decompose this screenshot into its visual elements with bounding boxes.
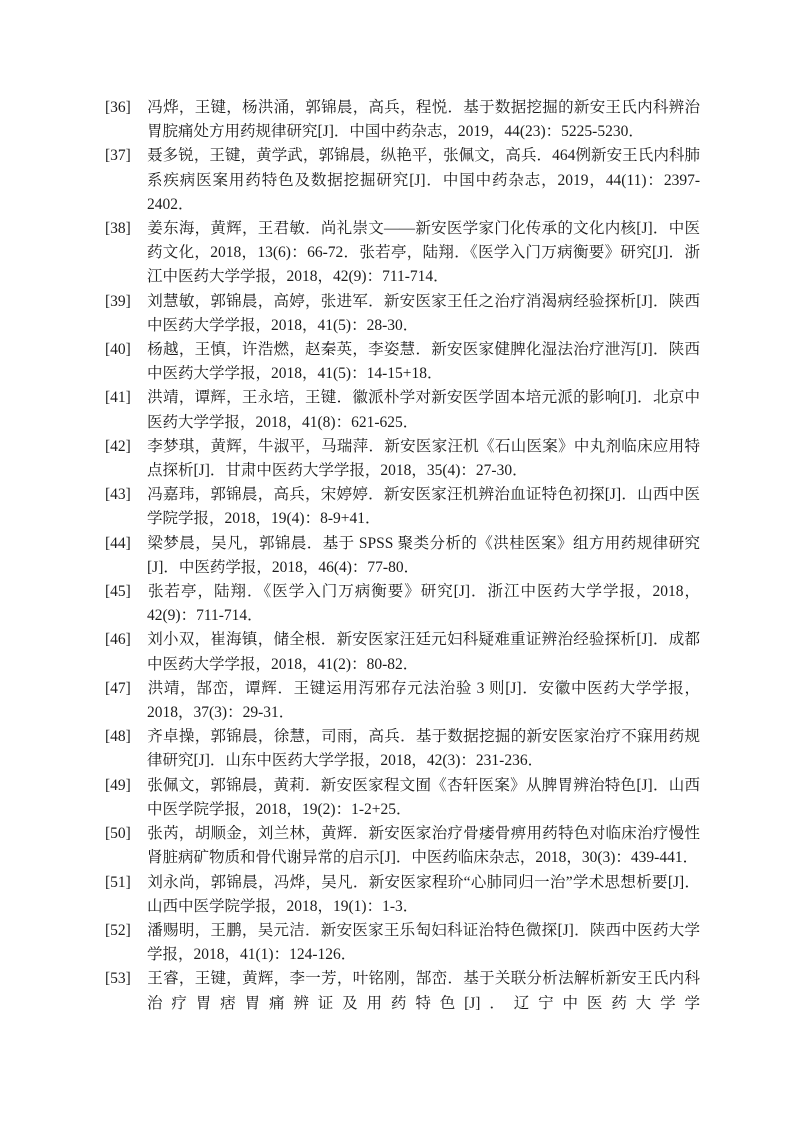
reference-item: [43]冯嘉玮，郭锦晨，高兵，宋婷婷．新安医家汪机辨治血证特色初探[J]．山西中… [105, 483, 700, 531]
reference-item: [41]洪靖，谭辉，王永培，王键．徽派朴学对新安医学固本培元派的影响[J]．北京… [105, 386, 700, 434]
reference-list: [36]冯烨，王键，杨洪涌，郭锦晨，高兵，程悦．基于数据挖掘的新安王氏内科辨治胃… [105, 96, 700, 1016]
reference-label: [51] [105, 871, 147, 895]
reference-item: [37]聂多锐，王键，黄学武，郭锦晨，纵艳平，张佩文，高兵．464例新安王氏内科… [105, 144, 700, 217]
reference-label: [43] [105, 483, 147, 507]
reference-item: [42]李梦琪，黄辉，牛淑平，马瑞萍．新安医家汪机《石山医案》中丸剂临床应用特点… [105, 435, 700, 483]
reference-item: [46]刘小双，崔海镇，储全根．新安医家汪廷元妇科疑难重证辨治经验探析[J]．成… [105, 628, 700, 676]
reference-item: [53]王睿，王键，黄辉，李一芳，叶铭刚，郜峦．基于关联分析法解析新安王氏内科治… [105, 967, 700, 1015]
reference-text: 张佩文，郭锦晨，黄莉．新安医家程文囿《杏轩医案》从脾胃辨治特色[J]．山西中医学… [147, 777, 700, 818]
reference-label: [53] [105, 967, 147, 991]
reference-label: [42] [105, 435, 147, 459]
reference-item: [36]冯烨，王键，杨洪涌，郭锦晨，高兵，程悦．基于数据挖掘的新安王氏内科辨治胃… [105, 96, 700, 144]
reference-text: 杨越，王慎，许浩燃，赵秦英，李姿慧．新安医家健脾化湿法治疗泄泻[J]．陕西中医药… [147, 341, 700, 382]
reference-text: 刘慧敏，郭锦晨，高婷，张进军．新安医家王任之治疗消渴病经验探析[J]．陕西中医药… [147, 293, 700, 334]
reference-item: [45]张若亭，陆翔．《医学入门万病衡要》研究[J]．浙江中医药大学学报，201… [105, 580, 700, 628]
reference-label: [38] [105, 217, 147, 241]
reference-label: [50] [105, 822, 147, 846]
reference-label: [46] [105, 628, 147, 652]
reference-text: 王睿，王键，黄辉，李一芳，叶铭刚，郜峦．基于关联分析法解析新安王氏内科治疗胃痞胃… [147, 970, 700, 1011]
reference-label: [52] [105, 919, 147, 943]
reference-item: [48]齐卓操，郭锦晨，徐慧，司雨，高兵．基于数据挖掘的新安医家治疗不寐用药规律… [105, 725, 700, 773]
reference-text: 洪靖，谭辉，王永培，王键．徽派朴学对新安医学固本培元派的影响[J]．北京中医药大… [147, 389, 700, 430]
reference-item: [52]潘赐明，王鹏，吴元洁．新安医家王乐匋妇科证治特色微探[J]．陕西中医药大… [105, 919, 700, 967]
reference-text: 刘小双，崔海镇，储全根．新安医家汪廷元妇科疑难重证辨治经验探析[J]．成都中医药… [147, 631, 700, 672]
reference-label: [45] [105, 580, 147, 604]
reference-text: 张若亭，陆翔．《医学入门万病衡要》研究[J]．浙江中医药大学学报，2018，42… [147, 583, 700, 624]
reference-item: [51]刘永尚，郭锦晨，冯烨，吴凡．新安医家程玠“心肺同归一治”学术思想析要[J… [105, 871, 700, 919]
reference-text: 梁梦晨，吴凡，郭锦晨．基于 SPSS 聚类分析的《洪桂医案》组方用药规律研究[J… [147, 535, 700, 576]
reference-item: [44]梁梦晨，吴凡，郭锦晨．基于 SPSS 聚类分析的《洪桂医案》组方用药规律… [105, 532, 700, 580]
reference-label: [44] [105, 532, 147, 556]
reference-item: [50]张芮，胡顺金，刘兰林，黄辉．新安医家治疗骨痿骨痹用药特色对临床治疗慢性肾… [105, 822, 700, 870]
reference-item: [40]杨越，王慎，许浩燃，赵秦英，李姿慧．新安医家健脾化湿法治疗泄泻[J]．陕… [105, 338, 700, 386]
reference-text: 冯嘉玮，郭锦晨，高兵，宋婷婷．新安医家汪机辨治血证特色初探[J]．山西中医学院学… [147, 486, 700, 527]
reference-label: [47] [105, 677, 147, 701]
reference-item: [47]洪靖，郜峦，谭辉．王键运用泻邪存元法治验 3 则[J]．安徽中医药大学学… [105, 677, 700, 725]
reference-item: [38]姜东海，黄辉，王君敏．尚礼崇文——新安医学家门化传承的文化内核[J]．中… [105, 217, 700, 290]
reference-label: [37] [105, 144, 147, 168]
reference-text: 冯烨，王键，杨洪涌，郭锦晨，高兵，程悦．基于数据挖掘的新安王氏内科辨治胃脘痛处方… [147, 99, 700, 140]
reference-label: [39] [105, 290, 147, 314]
reference-text: 刘永尚，郭锦晨，冯烨，吴凡．新安医家程玠“心肺同归一治”学术思想析要[J]．山西… [147, 874, 700, 915]
document-page: [36]冯烨，王键，杨洪涌，郭锦晨，高兵，程悦．基于数据挖掘的新安王氏内科辨治胃… [0, 0, 794, 1123]
reference-text: 姜东海，黄辉，王君敏．尚礼崇文——新安医学家门化传承的文化内核[J]．中医药文化… [147, 220, 700, 285]
reference-label: [49] [105, 774, 147, 798]
reference-text: 张芮，胡顺金，刘兰林，黄辉．新安医家治疗骨痿骨痹用药特色对临床治疗慢性肾脏病矿物… [147, 825, 700, 866]
reference-text: 聂多锐，王键，黄学武，郭锦晨，纵艳平，张佩文，高兵．464例新安王氏内科肺系疾病… [147, 147, 700, 212]
reference-text: 洪靖，郜峦，谭辉．王键运用泻邪存元法治验 3 则[J]．安徽中医药大学学报，20… [147, 680, 700, 721]
reference-label: [40] [105, 338, 147, 362]
reference-item: [49]张佩文，郭锦晨，黄莉．新安医家程文囿《杏轩医案》从脾胃辨治特色[J]．山… [105, 774, 700, 822]
reference-label: [48] [105, 725, 147, 749]
reference-label: [41] [105, 386, 147, 410]
reference-label: [36] [105, 96, 147, 120]
reference-text: 李梦琪，黄辉，牛淑平，马瑞萍．新安医家汪机《石山医案》中丸剂临床应用特点探析[J… [147, 438, 700, 479]
reference-item: [39]刘慧敏，郭锦晨，高婷，张进军．新安医家王任之治疗消渴病经验探析[J]．陕… [105, 290, 700, 338]
reference-text: 潘赐明，王鹏，吴元洁．新安医家王乐匋妇科证治特色微探[J]．陕西中医药大学学报，… [147, 922, 700, 963]
reference-text: 齐卓操，郭锦晨，徐慧，司雨，高兵．基于数据挖掘的新安医家治疗不寐用药规律研究[J… [147, 728, 700, 769]
